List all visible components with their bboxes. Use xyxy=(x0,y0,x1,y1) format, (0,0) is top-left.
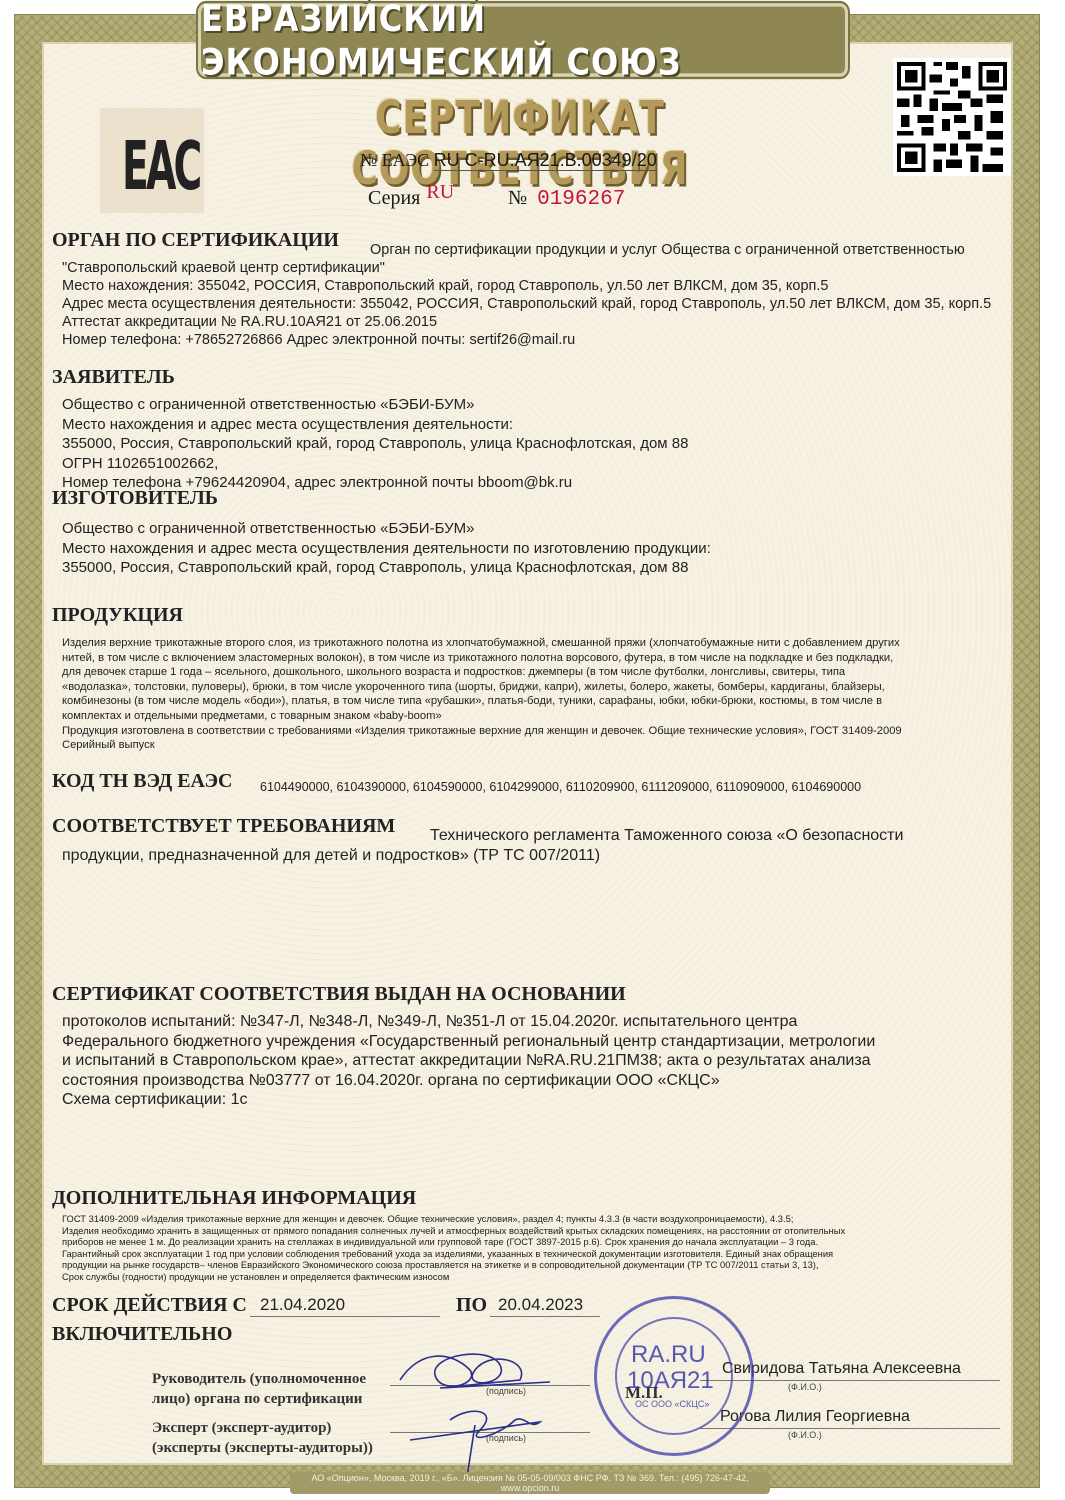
basis-line: Схема сертификации: 1с xyxy=(62,1090,875,1110)
manufacturer-details: Общество с ограниченной ответственностью… xyxy=(62,519,711,578)
expert-signatory-label-line: (эксперты (эксперты-аудиторы)) xyxy=(152,1438,373,1458)
validity-to-underline xyxy=(490,1316,600,1317)
applicant-heading: ЗАЯВИТЕЛЬ xyxy=(52,366,175,389)
additional-line: Изделия необходимо хранить в защищенных … xyxy=(62,1225,845,1237)
validity-to-date: 20.04.2023 xyxy=(498,1296,583,1314)
additional-line: Гарантийный срок эксплуатации 1 год при … xyxy=(62,1248,845,1260)
union-title: ЕВРАЗИЙСКИЙ ЭКОНОМИЧЕСКИЙ СОЮЗ xyxy=(201,0,845,84)
applicant-details: Общество с ограниченной ответственностью… xyxy=(62,395,688,493)
expert-signatory-label: Эксперт (эксперт-аудитор) (эксперты (экс… xyxy=(152,1418,373,1458)
product-details: Изделия верхние трикотажные второго слоя… xyxy=(62,636,902,753)
cert-body-line: "Ставропольский краевой центр сертификац… xyxy=(62,259,991,277)
requirements-line: продукции, предназначенной для детей и п… xyxy=(62,847,600,865)
basis-line: Федерального бюджетного учреждения «Госу… xyxy=(62,1032,875,1052)
basis-line: и испытаний в Ставропольском крае», атте… xyxy=(62,1051,875,1071)
form-number-value: 0196267 xyxy=(537,188,625,211)
additional-details: ГОСТ 31409-2009 «Изделия трикотажные вер… xyxy=(62,1213,845,1282)
form-number: №0196267 xyxy=(508,187,625,211)
head-signatory-label: Руководитель (уполномоченное лицо) орган… xyxy=(152,1369,366,1409)
tn-ved-codes: 6104490000, 6104390000, 6104590000, 6104… xyxy=(260,778,861,796)
product-line: комбинезоны (в том числе модель «боди»),… xyxy=(62,694,902,709)
head-name-caption: (Ф.И.О.) xyxy=(788,1382,822,1392)
head-signatory-label-line: лицо) органа по сертификации xyxy=(152,1389,366,1409)
validity-from-label: СРОК ДЕЙСТВИЯ С xyxy=(52,1294,247,1317)
manufacturer-heading: ИЗГОТОВИТЕЛЬ xyxy=(52,487,218,510)
cert-body-heading: ОРГАН ПО СЕРТИФИКАЦИИ xyxy=(52,229,339,252)
stamp-accreditation-line: RA.RU xyxy=(631,1341,706,1369)
stamp-org-name: ОС ООО «СКЦС» xyxy=(635,1399,709,1409)
series: СерияRU xyxy=(368,187,454,210)
union-banner: ЕВРАЗИЙСКИЙ ЭКОНОМИЧЕСКИЙ СОЮЗ xyxy=(198,3,848,77)
expert-signatory-label-line: Эксперт (эксперт-аудитор) xyxy=(152,1418,373,1438)
printer-imprint: АО «Опцион», Москва, 2019 г., «Б». Лицен… xyxy=(290,1472,770,1494)
signature-scribble-icon xyxy=(380,1340,590,1490)
basis-line: протоколов испытаний: №347-Л, №348-Л, №3… xyxy=(62,1012,875,1032)
product-line: «водолазка», толстовки, пуловеры), брюки… xyxy=(62,680,902,695)
product-line: Серийный выпуск xyxy=(62,738,902,753)
tn-ved-heading: КОД ТН ВЭД ЕАЭС xyxy=(52,770,233,793)
applicant-line: ОГРН 1102651002662, xyxy=(62,454,688,474)
head-signatory-name: Свиридова Татьяна Алексеевна xyxy=(722,1360,961,1378)
cert-body-line: Орган по сертификации продукции и услуг … xyxy=(370,241,965,259)
requirements-heading: СООТВЕТСТВУЕТ ТРЕБОВАНИЯМ xyxy=(52,815,395,838)
cert-body-line: Аттестат аккредитации № RA.RU.10АЯ21 от … xyxy=(62,313,991,331)
basis-details: протоколов испытаний: №347-Л, №348-Л, №3… xyxy=(62,1012,875,1110)
registration-number: № ЕАЭС RU С-RU.АЯ21.В.00349/20 xyxy=(360,150,657,171)
additional-line: продукции на рынке государств– членов Ев… xyxy=(62,1259,845,1271)
additional-heading: ДОПОЛНИТЕЛЬНАЯ ИНФОРМАЦИЯ xyxy=(52,1187,416,1210)
expert-name-line xyxy=(700,1428,1000,1429)
qr-code-icon xyxy=(893,58,1011,176)
eac-logo-icon: ЕАС xyxy=(122,128,199,206)
applicant-line: Общество с ограниченной ответственностью… xyxy=(62,395,688,415)
basis-line: состояния производства №03777 от 16.04.2… xyxy=(62,1071,875,1091)
manufacturer-line: 355000, Россия, Ставропольский край, гор… xyxy=(62,558,711,578)
validity-from-date: 21.04.2020 xyxy=(260,1296,345,1314)
cert-body-line: Адрес места осуществления деятельности: … xyxy=(62,295,991,313)
registration-number-label: № ЕАЭС xyxy=(360,150,429,170)
additional-line: приборов не менее 1 м. До реализации хра… xyxy=(62,1236,845,1248)
product-line: для девочек старше 1 года – ясельного, д… xyxy=(62,665,902,680)
product-heading: ПРОДУКЦИЯ xyxy=(52,604,183,627)
cert-body-line: Номер телефона: +78652726866 Адрес элект… xyxy=(62,331,991,349)
applicant-line: Место нахождения и адрес места осуществл… xyxy=(62,415,688,435)
certificate-title: СЕРТИФИКАТ СООТВЕТСТВИЯ xyxy=(290,93,750,196)
cert-body-line: Место нахождения: 355042, РОССИЯ, Ставро… xyxy=(62,277,991,295)
stamp-accreditation-code: 10АЯ21 xyxy=(627,1367,714,1395)
applicant-line: 355000, Россия, Ставропольский край, гор… xyxy=(62,434,688,454)
validity-from-underline xyxy=(250,1316,440,1317)
series-label: Серия xyxy=(368,187,420,209)
registration-number-value: RU С-RU.АЯ21.В.00349/20 xyxy=(434,150,657,171)
form-number-label: № xyxy=(508,187,527,209)
product-line: нитей, в том числе с включением эластоме… xyxy=(62,651,902,666)
product-line: Продукция изготовлена в соответствии с т… xyxy=(62,724,902,739)
product-line: Изделия верхние трикотажные второго слоя… xyxy=(62,636,902,651)
validity-to-label: ПО xyxy=(456,1294,487,1317)
cert-body-details: "Ставропольский краевой центр сертификац… xyxy=(62,259,991,349)
seal-stamp: RA.RU 10АЯ21 ОС ООО «СКЦС» xyxy=(594,1296,754,1456)
validity-inclusive: ВКЛЮЧИТЕЛЬНО xyxy=(52,1323,232,1346)
head-signatory-label-line: Руководитель (уполномоченное xyxy=(152,1369,366,1389)
requirements-line: Технического регламента Таможенного союз… xyxy=(430,827,903,845)
expert-name-caption: (Ф.И.О.) xyxy=(788,1430,822,1440)
basis-heading: СЕРТИФИКАТ СООТВЕТСТВИЯ ВЫДАН НА ОСНОВАН… xyxy=(52,983,626,1006)
product-line: комплектах и отдельными предметами, с то… xyxy=(62,709,902,724)
series-value: RU xyxy=(426,181,454,203)
additional-line: Срок службы (годности) продукции не уста… xyxy=(62,1271,845,1283)
additional-line: ГОСТ 31409-2009 «Изделия трикотажные вер… xyxy=(62,1213,845,1225)
manufacturer-line: Общество с ограниченной ответственностью… xyxy=(62,519,711,539)
manufacturer-line: Место нахождения и адрес места осуществл… xyxy=(62,539,711,559)
expert-signatory-name: Рогова Лилия Георгиевна xyxy=(720,1408,910,1426)
